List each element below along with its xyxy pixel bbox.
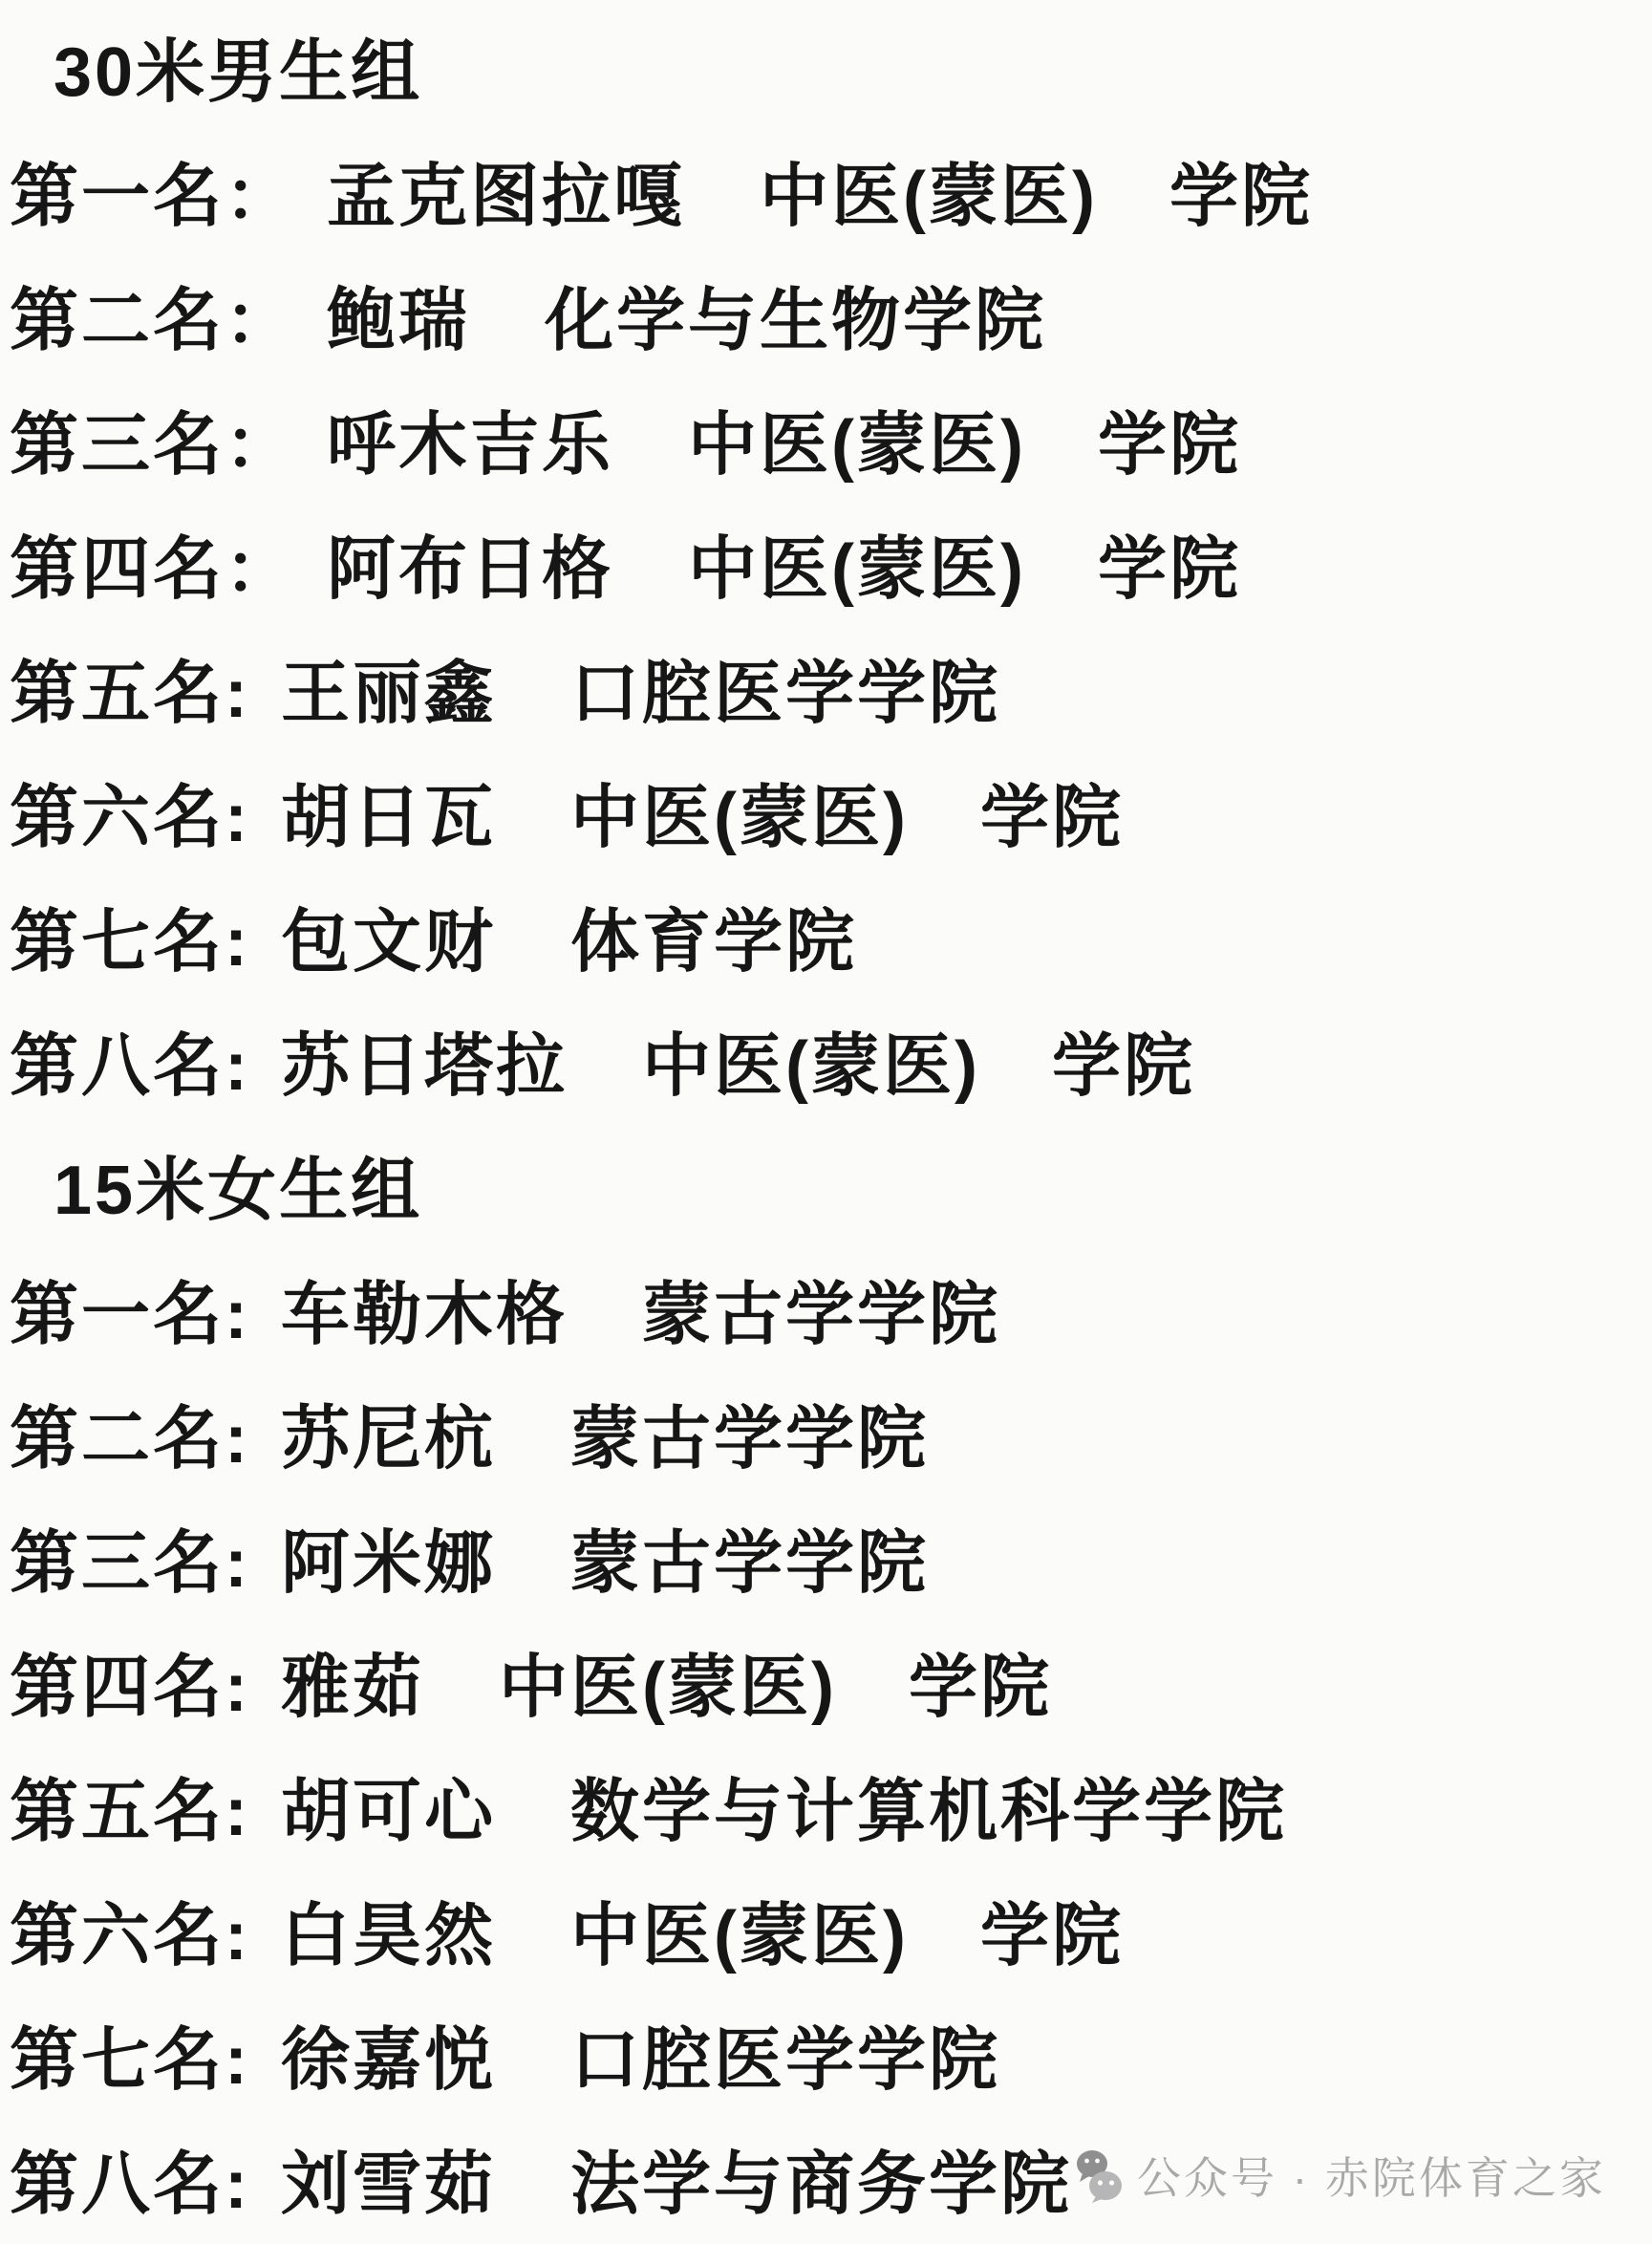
result-row: 第五名:胡可心数学与计算机科学学院 <box>0 1743 1652 1867</box>
result-row: 第七名:包文财体育学院 <box>0 874 1652 998</box>
result-row: 第二名：鲍瑞化学与生物学院 <box>0 252 1652 377</box>
athlete-name: 雅茹 <box>281 1631 424 1731</box>
result-row: 第七名:徐嘉悦口腔医学学院 <box>0 1992 1652 2116</box>
college-name: 口腔医学学院 <box>570 2004 1000 2104</box>
result-row: 第一名:车勒木格蒙古学学院 <box>0 1246 1652 1370</box>
rank-label: 第四名: <box>10 1631 250 1731</box>
college-name: 中医(蒙医) 学院 <box>570 1880 1124 1979</box>
athlete-name: 阿布日格 <box>327 513 613 613</box>
rank-label: 第七名: <box>10 886 250 985</box>
result-row: 第六名:胡日瓦中医(蒙医) 学院 <box>0 749 1652 874</box>
college-name: 法学与商务学院 <box>570 2128 1072 2228</box>
athlete-name: 苏日塔拉 <box>281 1010 568 1110</box>
college-name: 中医(蒙医) 学院 <box>499 1631 1052 1731</box>
watermark: 公众号 · 赤院体育之家 <box>1074 2147 1606 2204</box>
watermark-label: 公众号 · 赤院体育之家 <box>1137 2144 1606 2207</box>
athlete-name: 阿米娜 <box>281 1507 496 1607</box>
rank-label: 第四名： <box>10 513 296 613</box>
rank-label: 第五名: <box>10 637 250 737</box>
athlete-name: 胡日瓦 <box>281 762 496 861</box>
result-row: 第五名:王丽鑫口腔医学学院 <box>0 625 1652 749</box>
rank-label: 第六名: <box>10 762 250 861</box>
athlete-name: 呼木吉乐 <box>327 389 613 488</box>
college-name: 化学与生物学院 <box>545 265 1046 364</box>
result-row: 第二名:苏尼杭蒙古学学院 <box>0 1370 1652 1495</box>
college-name: 蒙古学学院 <box>570 1507 929 1607</box>
rank-label: 第五名: <box>10 1756 250 1855</box>
athlete-name: 胡可心 <box>281 1756 496 1855</box>
athlete-name: 车勒木格 <box>281 1259 568 1358</box>
athlete-name: 苏尼杭 <box>281 1383 496 1482</box>
rank-label: 第三名: <box>10 1507 250 1607</box>
rank-label: 第三名： <box>10 389 296 488</box>
section-header: 30米男生组 <box>0 4 1652 128</box>
college-name: 数学与计算机科学学院 <box>570 1756 1287 1855</box>
college-name: 中医(蒙医) 学院 <box>688 389 1241 488</box>
college-name: 蒙古学学院 <box>642 1259 1000 1358</box>
result-row: 第八名:苏日塔拉中医(蒙医) 学院 <box>0 998 1652 1122</box>
athlete-name: 白昊然 <box>281 1880 496 1979</box>
athlete-name: 王丽鑫 <box>281 637 496 737</box>
college-name: 中医(蒙医) 学院 <box>688 513 1241 613</box>
rank-label: 第八名: <box>10 2128 250 2228</box>
college-name: 中医(蒙医) 学院 <box>570 762 1124 861</box>
results-list: 30米男生组第一名：孟克图拉嘎中医(蒙医) 学院第二名：鲍瑞化学与生物学院第三名… <box>0 0 1652 2240</box>
college-name: 蒙古学学院 <box>570 1383 929 1482</box>
rank-label: 第八名: <box>10 1010 250 1110</box>
rank-label: 第六名: <box>10 1880 250 1979</box>
college-name: 体育学院 <box>570 886 857 985</box>
result-row: 第四名：阿布日格中医(蒙医) 学院 <box>0 501 1652 625</box>
college-name: 中医(蒙医) 学院 <box>642 1010 1195 1110</box>
result-row: 第三名:阿米娜蒙古学学院 <box>0 1495 1652 1619</box>
athlete-name: 鲍瑞 <box>327 265 470 364</box>
athlete-name: 孟克图拉嘎 <box>327 140 685 240</box>
results-document: 30米男生组第一名：孟克图拉嘎中医(蒙医) 学院第二名：鲍瑞化学与生物学院第三名… <box>0 0 1652 2244</box>
athlete-name: 刘雪茹 <box>281 2128 496 2228</box>
result-row: 第四名:雅茹中医(蒙医) 学院 <box>0 1619 1652 1743</box>
rank-label: 第一名: <box>10 1259 250 1358</box>
result-row: 第六名:白昊然中医(蒙医) 学院 <box>0 1867 1652 1992</box>
section-header: 15米女生组 <box>0 1122 1652 1246</box>
college-name: 口腔医学学院 <box>570 637 1000 737</box>
college-name: 中医(蒙医) 学院 <box>760 140 1313 240</box>
athlete-name: 包文财 <box>281 886 496 985</box>
rank-label: 第七名: <box>10 2004 250 2104</box>
rank-label: 第二名: <box>10 1383 250 1482</box>
result-row: 第三名：呼木吉乐中医(蒙医) 学院 <box>0 377 1652 501</box>
result-row: 第一名：孟克图拉嘎中医(蒙医) 学院 <box>0 128 1652 252</box>
rank-label: 第二名： <box>10 265 296 364</box>
athlete-name: 徐嘉悦 <box>281 2004 496 2104</box>
wechat-icon <box>1074 2147 1124 2203</box>
rank-label: 第一名： <box>10 140 296 240</box>
